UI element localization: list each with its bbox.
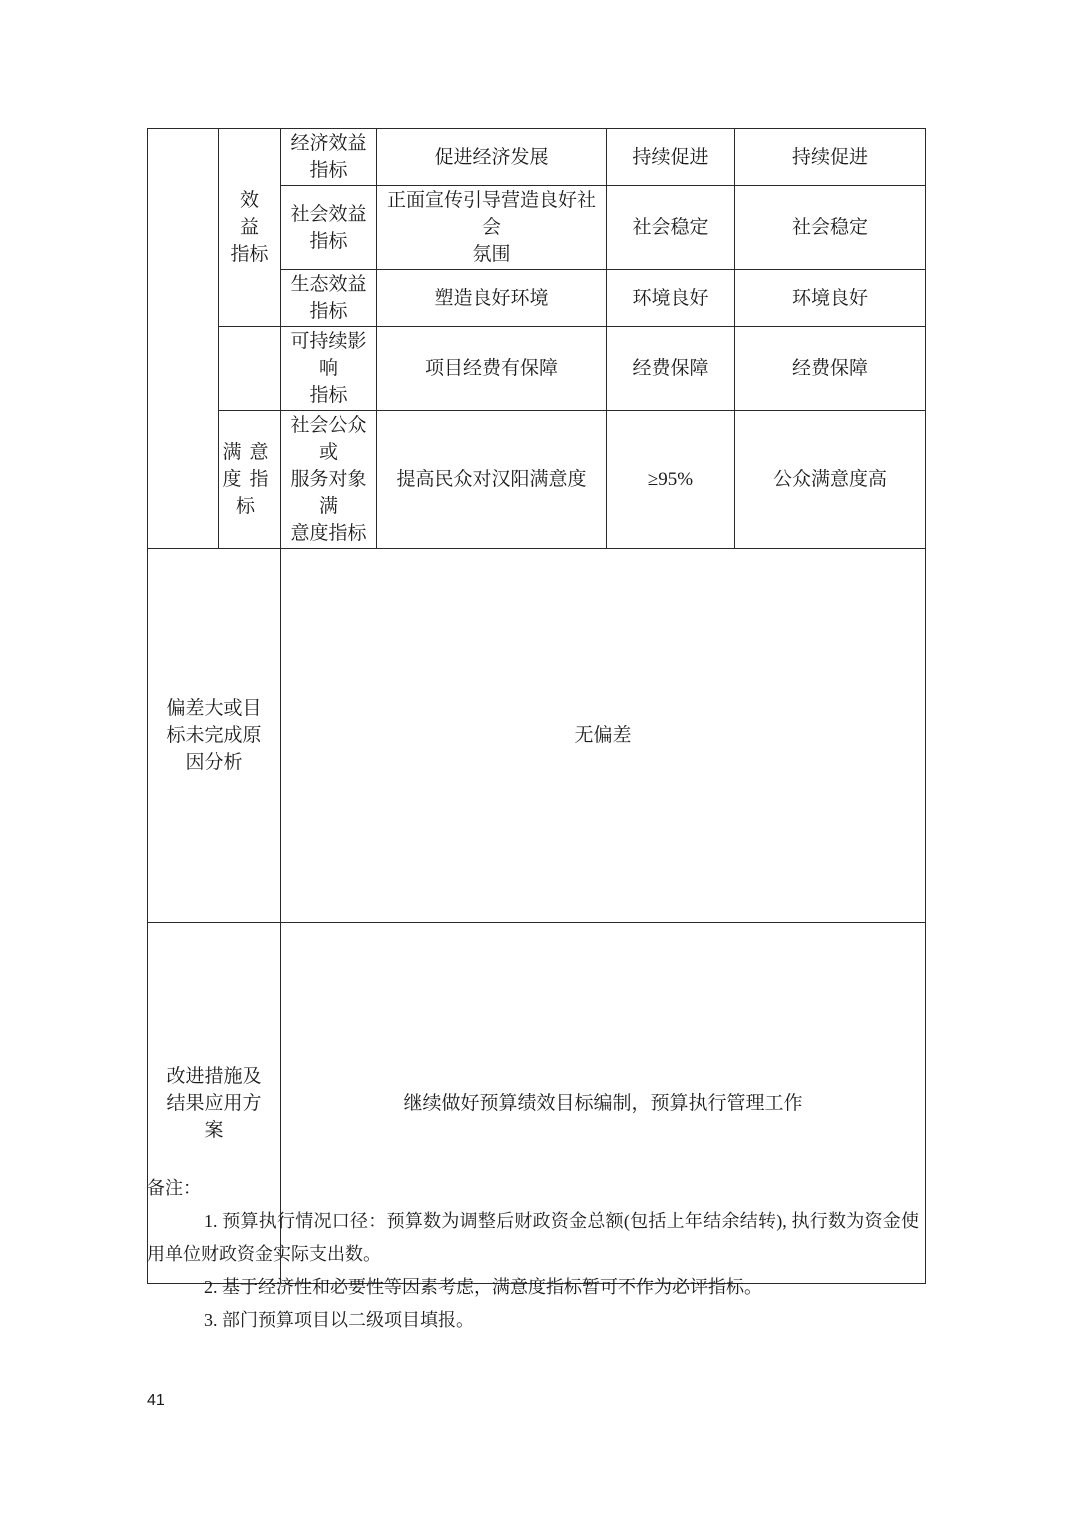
indicator-actual-cell: 环境良好: [735, 270, 926, 327]
note-item-1: 1. 预算执行情况口径：预算数为调整后财政资金总额(包括上年结余结转), 执行数…: [147, 1205, 919, 1271]
indicator-type-cell: 经济效益 指标: [281, 129, 377, 186]
performance-indicator-table: 效 益 指标 经济效益 指标 促进经济发展 持续促进 持续促进 社会效益 指标 …: [147, 128, 926, 1284]
indicator-type-cell: 可持续影响 指标: [281, 327, 377, 411]
indicator-name-cell: 提高民众对汉阳满意度: [377, 411, 607, 549]
indicator-actual-cell: 持续促进: [735, 129, 926, 186]
notes-heading: 备注：: [147, 1172, 919, 1205]
note-item-2: 2. 基于经济性和必要性等因素考虑，满意度指标暂可不作为必评指标。: [147, 1271, 919, 1304]
indicator-target-cell: 社会稳定: [607, 186, 735, 270]
left-empty-cell: [148, 129, 219, 549]
indicator-type-cell: 生态效益 指标: [281, 270, 377, 327]
document-page: 效 益 指标 经济效益 指标 促进经济发展 持续促进 持续促进 社会效益 指标 …: [0, 0, 1069, 1514]
deviation-analysis-label: 偏差大或目 标未完成原 因分析: [148, 549, 281, 923]
benefit-group-empty-cell: [219, 327, 281, 411]
indicator-target-cell: 经费保障: [607, 327, 735, 411]
indicator-name-cell: 塑造良好环境: [377, 270, 607, 327]
indicator-type-cell: 社会效益 指标: [281, 186, 377, 270]
note-item-3: 3. 部门预算项目以二级项目填报。: [147, 1304, 919, 1337]
indicator-actual-cell: 经费保障: [735, 327, 926, 411]
indicator-name-cell: 正面宣传引导营造良好社会 氛围: [377, 186, 607, 270]
notes-section: 备注： 1. 预算执行情况口径：预算数为调整后财政资金总额(包括上年结余结转),…: [147, 1172, 919, 1337]
indicator-actual-cell: 社会稳定: [735, 186, 926, 270]
page-number: 41: [147, 1392, 165, 1410]
satisfaction-group-label: 满意 度指 标: [219, 411, 281, 549]
indicator-type-cell: 社会公众或 服务对象满 意度指标: [281, 411, 377, 549]
indicator-name-cell: 促进经济发展: [377, 129, 607, 186]
indicator-target-cell: 环境良好: [607, 270, 735, 327]
indicator-target-cell: ≥95%: [607, 411, 735, 549]
indicator-target-cell: 持续促进: [607, 129, 735, 186]
indicator-actual-cell: 公众满意度高: [735, 411, 926, 549]
deviation-analysis-content: 无偏差: [281, 549, 926, 923]
indicator-name-cell: 项目经费有保障: [377, 327, 607, 411]
benefit-group-label: 效 益 指标: [219, 129, 281, 327]
